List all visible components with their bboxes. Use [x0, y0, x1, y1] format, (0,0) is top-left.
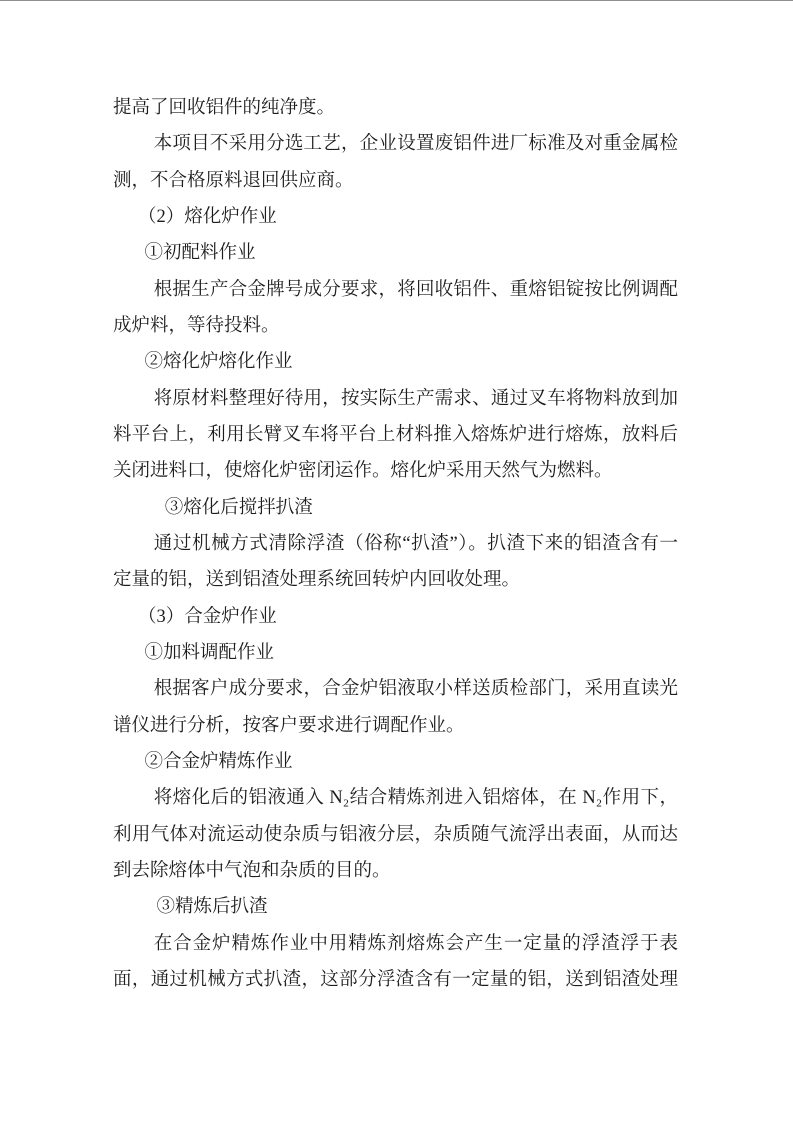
paragraph-initial-batching: 根据生产合金牌号成分要求，将回收铝件、重熔铝锭按比例调配成炉料，等待投料。: [113, 272, 678, 345]
paragraph-alloy-refining: 将熔化后的铝液通入 N₂结合精炼剂进入铝熔体，在 N₂作用下，利用气体对流运动使…: [113, 780, 678, 889]
heading-alloy-refining: ②合金炉精炼作业: [113, 744, 678, 780]
paragraph-post-refining-skimming: 在合金炉精炼作业中用精炼剂熔炼会产生一定量的浮渣浮于表面，通过机械方式扒渣，这部…: [113, 926, 678, 999]
document-page: 提高了回收铝件的纯净度。 本项目不采用分选工艺，企业设置废铝件进厂标准及对重金属…: [0, 0, 793, 1122]
heading-melting-operation: ②熔化炉熔化作业: [113, 344, 678, 380]
paragraph-no-sorting-process: 本项目不采用分选工艺，企业设置废铝件进厂标准及对重金属检测，不合格原料退回供应商…: [113, 126, 678, 199]
heading-post-refining-skimming: ③精炼后扒渣: [113, 889, 678, 925]
heading-feeding-blending: ①加料调配作业: [113, 635, 678, 671]
paragraph-skimming: 通过机械方式清除浮渣（俗称“扒渣”）。扒渣下来的铝渣含有一定量的铝，送到铝渣处理…: [113, 526, 678, 599]
heading-initial-batching: ①初配料作业: [113, 235, 678, 271]
paragraph-melting-operation: 将原材料整理好待用，按实际生产需求、通过叉车将物料放到加料平台上，利用长臂叉车将…: [113, 381, 678, 490]
heading-alloy-furnace-operation: （3）合金炉作业: [113, 599, 678, 635]
paragraph-recycled-purity: 提高了回收铝件的纯净度。: [113, 90, 678, 126]
heading-stir-skimming: ③熔化后搅拌扒渣: [113, 490, 678, 526]
paragraph-feeding-blending: 根据客户成分要求，合金炉铝液取小样送质检部门，采用直读光谱仪进行分析，按客户要求…: [113, 671, 678, 744]
heading-melting-furnace-operation: （2）熔化炉作业: [113, 199, 678, 235]
